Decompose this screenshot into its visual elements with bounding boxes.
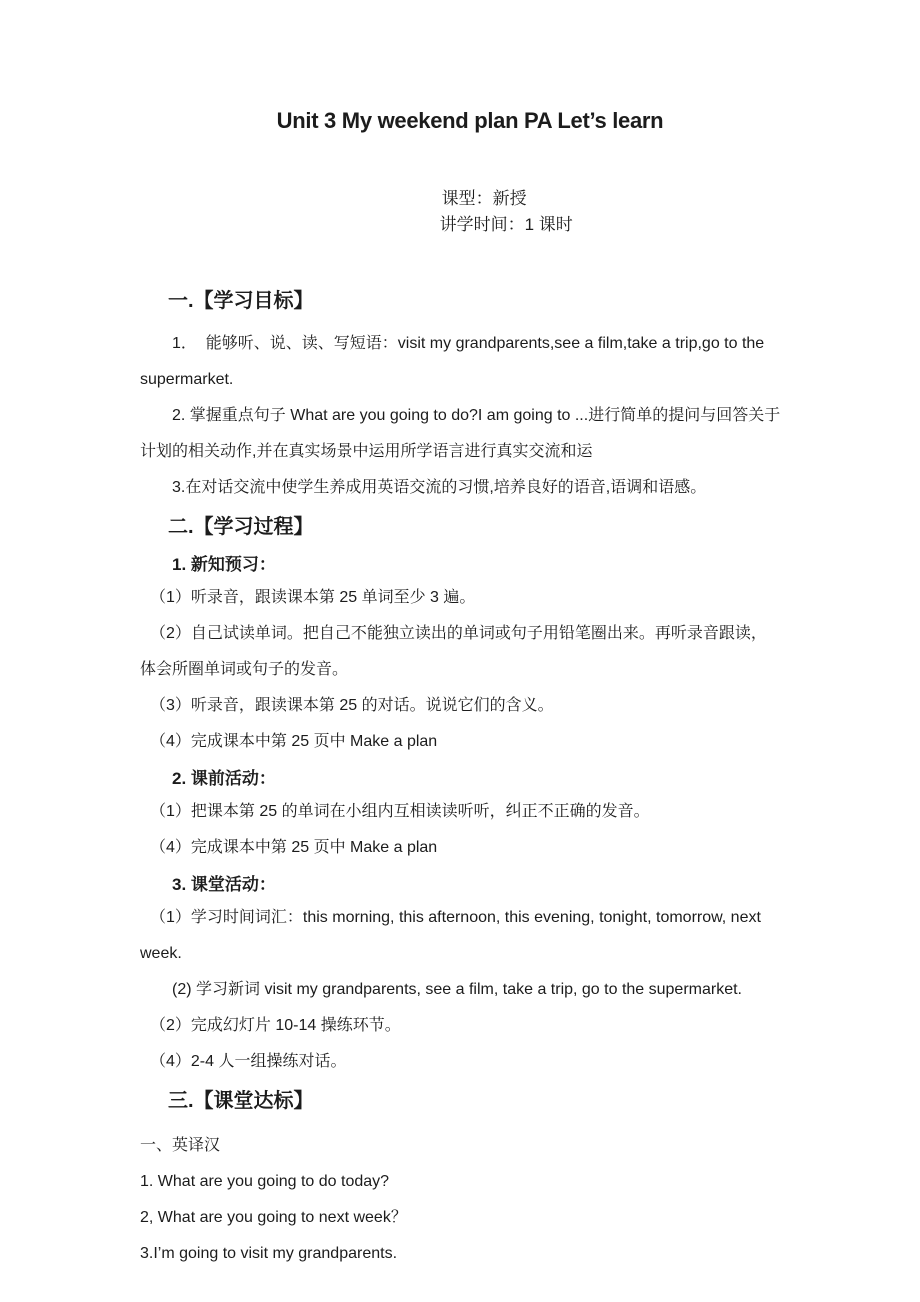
paragraph-line: 1． 能够听、说、读、写短语：visit my grandparents,see… bbox=[140, 326, 800, 362]
document-page: Unit 3 My weekend plan PA Let’s learn 课型… bbox=[0, 0, 920, 1302]
document-content: Unit 3 My weekend plan PA Let’s learn 课型… bbox=[0, 0, 920, 1272]
list-item-line: （4）完成课本中第 25 页中 Make a plan bbox=[140, 830, 800, 866]
list-item-line: （1）学习时间词汇：this morning, this afternoon, … bbox=[140, 900, 800, 936]
exercise-line: 1. What are you going to do today? bbox=[140, 1164, 800, 1200]
list-item-line: （4）2-4 人一组操练对话。 bbox=[140, 1044, 800, 1080]
meta-course-type: 课型：新授 bbox=[442, 186, 527, 212]
paragraph-line: 3.在对话交流中使学生养成用英语交流的习惯,培养良好的语音,语调和语感。 bbox=[140, 470, 800, 506]
paragraph-line: 2. 掌握重点句子 What are you going to do?I am … bbox=[140, 398, 800, 434]
section-heading-learning-goals: 一.【学习目标】 bbox=[168, 286, 800, 316]
subsection-heading-preview: 1. 新知预习： bbox=[172, 550, 800, 580]
list-item-line: （1）听录音，跟读课本第 25 单词至少 3 遍。 bbox=[140, 580, 800, 616]
document-meta: 课型：新授 讲学时间：1 课时 bbox=[140, 160, 800, 264]
exercise-line: 3.I’m going to visit my grandparents. bbox=[140, 1236, 800, 1272]
document-title: Unit 3 My weekend plan PA Let’s learn bbox=[140, 104, 800, 138]
section-heading-learning-process: 二.【学习过程】 bbox=[168, 512, 800, 542]
meta-teach-time: 讲学时间：1 课时 bbox=[440, 212, 573, 238]
exercise-heading: 一、英译汉 bbox=[140, 1128, 800, 1164]
list-item-line: （3）听录音，跟读课本第 25 的对话。说说它们的含义。 bbox=[140, 688, 800, 724]
list-item-line: （1）把课本第 25 的单词在小组内互相读读听听，纠正不正确的发音。 bbox=[140, 794, 800, 830]
paragraph-line: 计划的相关动作,并在真实场景中运用所学语言进行真实交流和运 bbox=[140, 434, 800, 470]
section-heading-class-assessment: 三.【课堂达标】 bbox=[168, 1086, 800, 1116]
list-item-line: （4）完成课本中第 25 页中 Make a plan bbox=[140, 724, 800, 760]
list-item-line: (2) 学习新词 visit my grandparents, see a fi… bbox=[140, 972, 800, 1008]
subsection-heading-in-class: 3. 课堂活动： bbox=[172, 870, 800, 900]
list-item-line: 体会所圈单词或句子的发音。 bbox=[140, 652, 800, 688]
paragraph-line: supermarket. bbox=[140, 362, 800, 398]
subsection-heading-pre-class: 2. 课前活动： bbox=[172, 764, 800, 794]
list-item-line: （2）完成幻灯片 10-14 操练环节。 bbox=[140, 1008, 800, 1044]
list-item-line: （2）自己试读单词。把自己不能独立读出的单词或句子用铅笔圈出来。再听录音跟读， bbox=[140, 616, 800, 652]
exercise-line: 2, What are you going to next week？ bbox=[140, 1200, 800, 1236]
list-item-line: week. bbox=[140, 936, 800, 972]
